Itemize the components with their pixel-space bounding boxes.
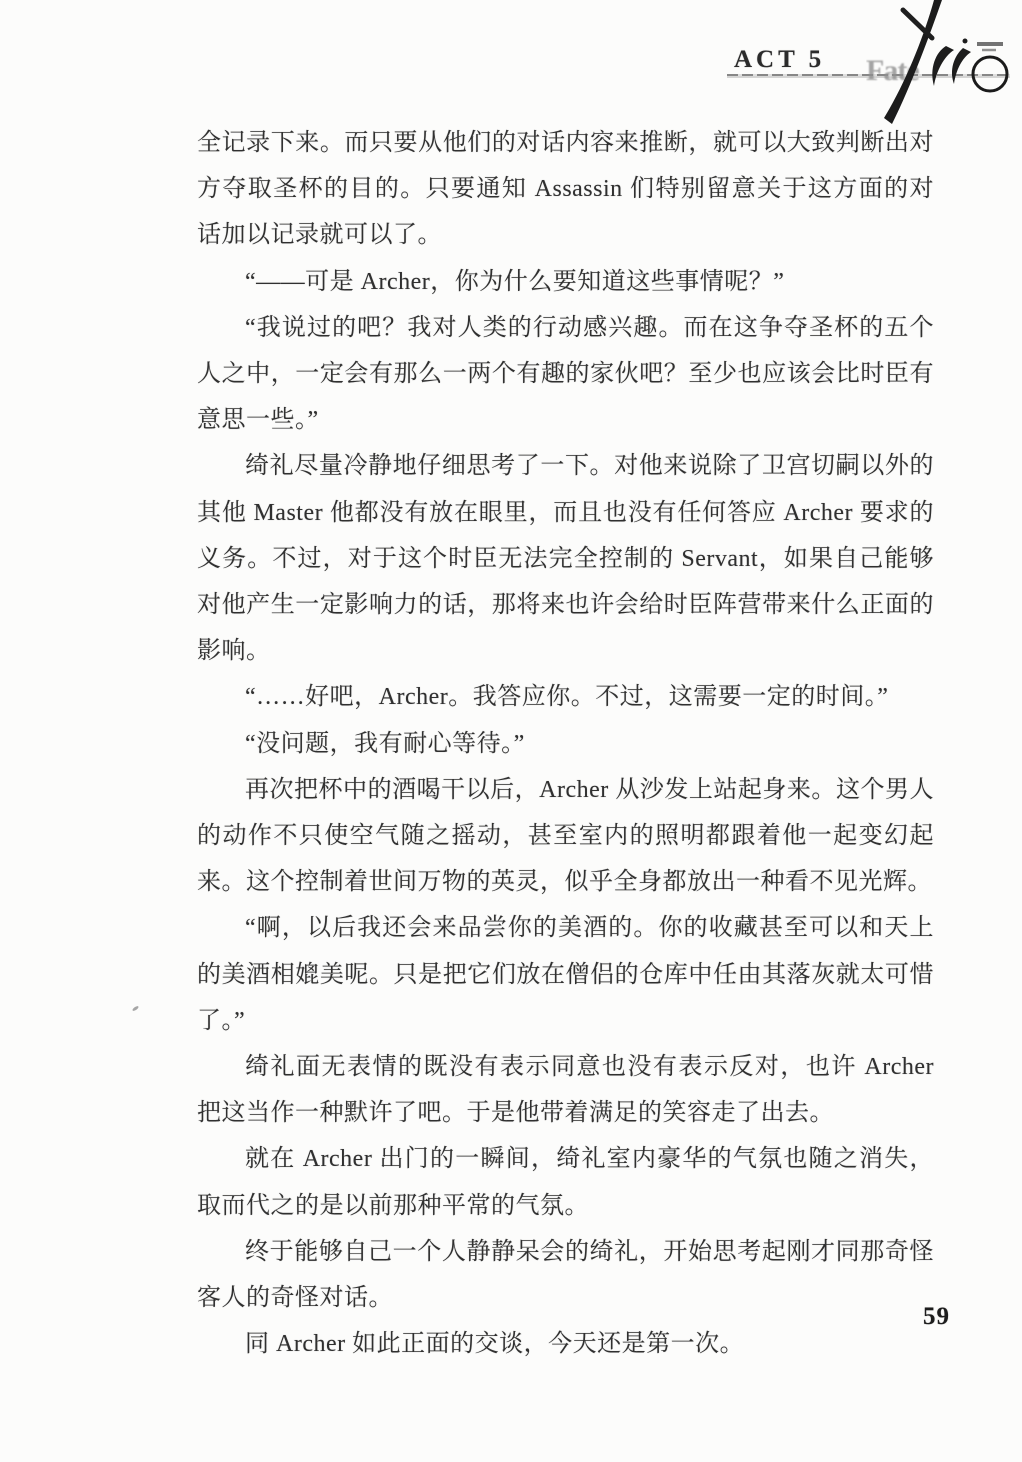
paragraph: “——可是 Archer，你为什么要知道这些事情呢？” <box>197 259 934 305</box>
paragraph: “……好吧，Archer。我答应你。不过，这需要一定的时间。” <box>197 674 934 720</box>
paragraph: 绮礼尽量冷静地仔细思考了一下。对他来说除了卫宫切嗣以外的其他 Master 他都… <box>197 443 934 674</box>
paragraph: “没问题，我有耐心等待。” <box>197 721 934 767</box>
logo-zero-curl-1 <box>932 46 954 86</box>
scan-speck <box>132 1005 139 1011</box>
logo-dot <box>963 39 968 44</box>
paragraph: “我说过的吧？我对人类的行动感兴趣。而在这争夺圣杯的五个人之中，一定会有那么一两… <box>197 305 934 444</box>
act-label: ACT 5 <box>734 46 825 74</box>
paragraph: “啊，以后我还会来品尝你的美酒的。你的收藏甚至可以和天上的美酒相媲美呢。只是把它… <box>197 905 934 1044</box>
paragraph: 再次把杯中的酒喝干以后，Archer 从沙发上站起身来。这个男人的动作不只使空气… <box>197 767 934 906</box>
paragraph: 绮礼面无表情的既没有表示同意也没有表示反对，也许 Archer 把这当作一种默许… <box>197 1044 934 1136</box>
paragraph: 同 Archer 如此正面的交谈，今天还是第一次。 <box>197 1321 934 1367</box>
logo-zero-curl-2 <box>952 48 971 84</box>
page-body: 全记录下来。而只要从他们的对话内容来推断，就可以大致判断出对方夺取圣杯的目的。只… <box>197 120 934 1367</box>
paragraph: 就在 Archer 出门的一瞬间，绮礼室内豪华的气氛也随之消失，取而代之的是以前… <box>197 1136 934 1228</box>
logo-ring <box>973 57 1007 91</box>
fate-zero-logo-icon: Fate <box>866 0 1018 132</box>
paragraph: 终于能够自己一个人静静呆会的绮礼，开始思考起刚才同那奇怪客人的奇怪对话。 <box>197 1229 934 1321</box>
paragraph: 全记录下来。而只要从他们的对话内容来推断，就可以大致判断出对方夺取圣杯的目的。只… <box>197 120 934 259</box>
page-number: 59 <box>923 1303 950 1331</box>
book-page: ACT 5 Fate 全记录下来。而只要从他们的对话内容来推断，就可以大致判断出… <box>0 0 1022 1462</box>
